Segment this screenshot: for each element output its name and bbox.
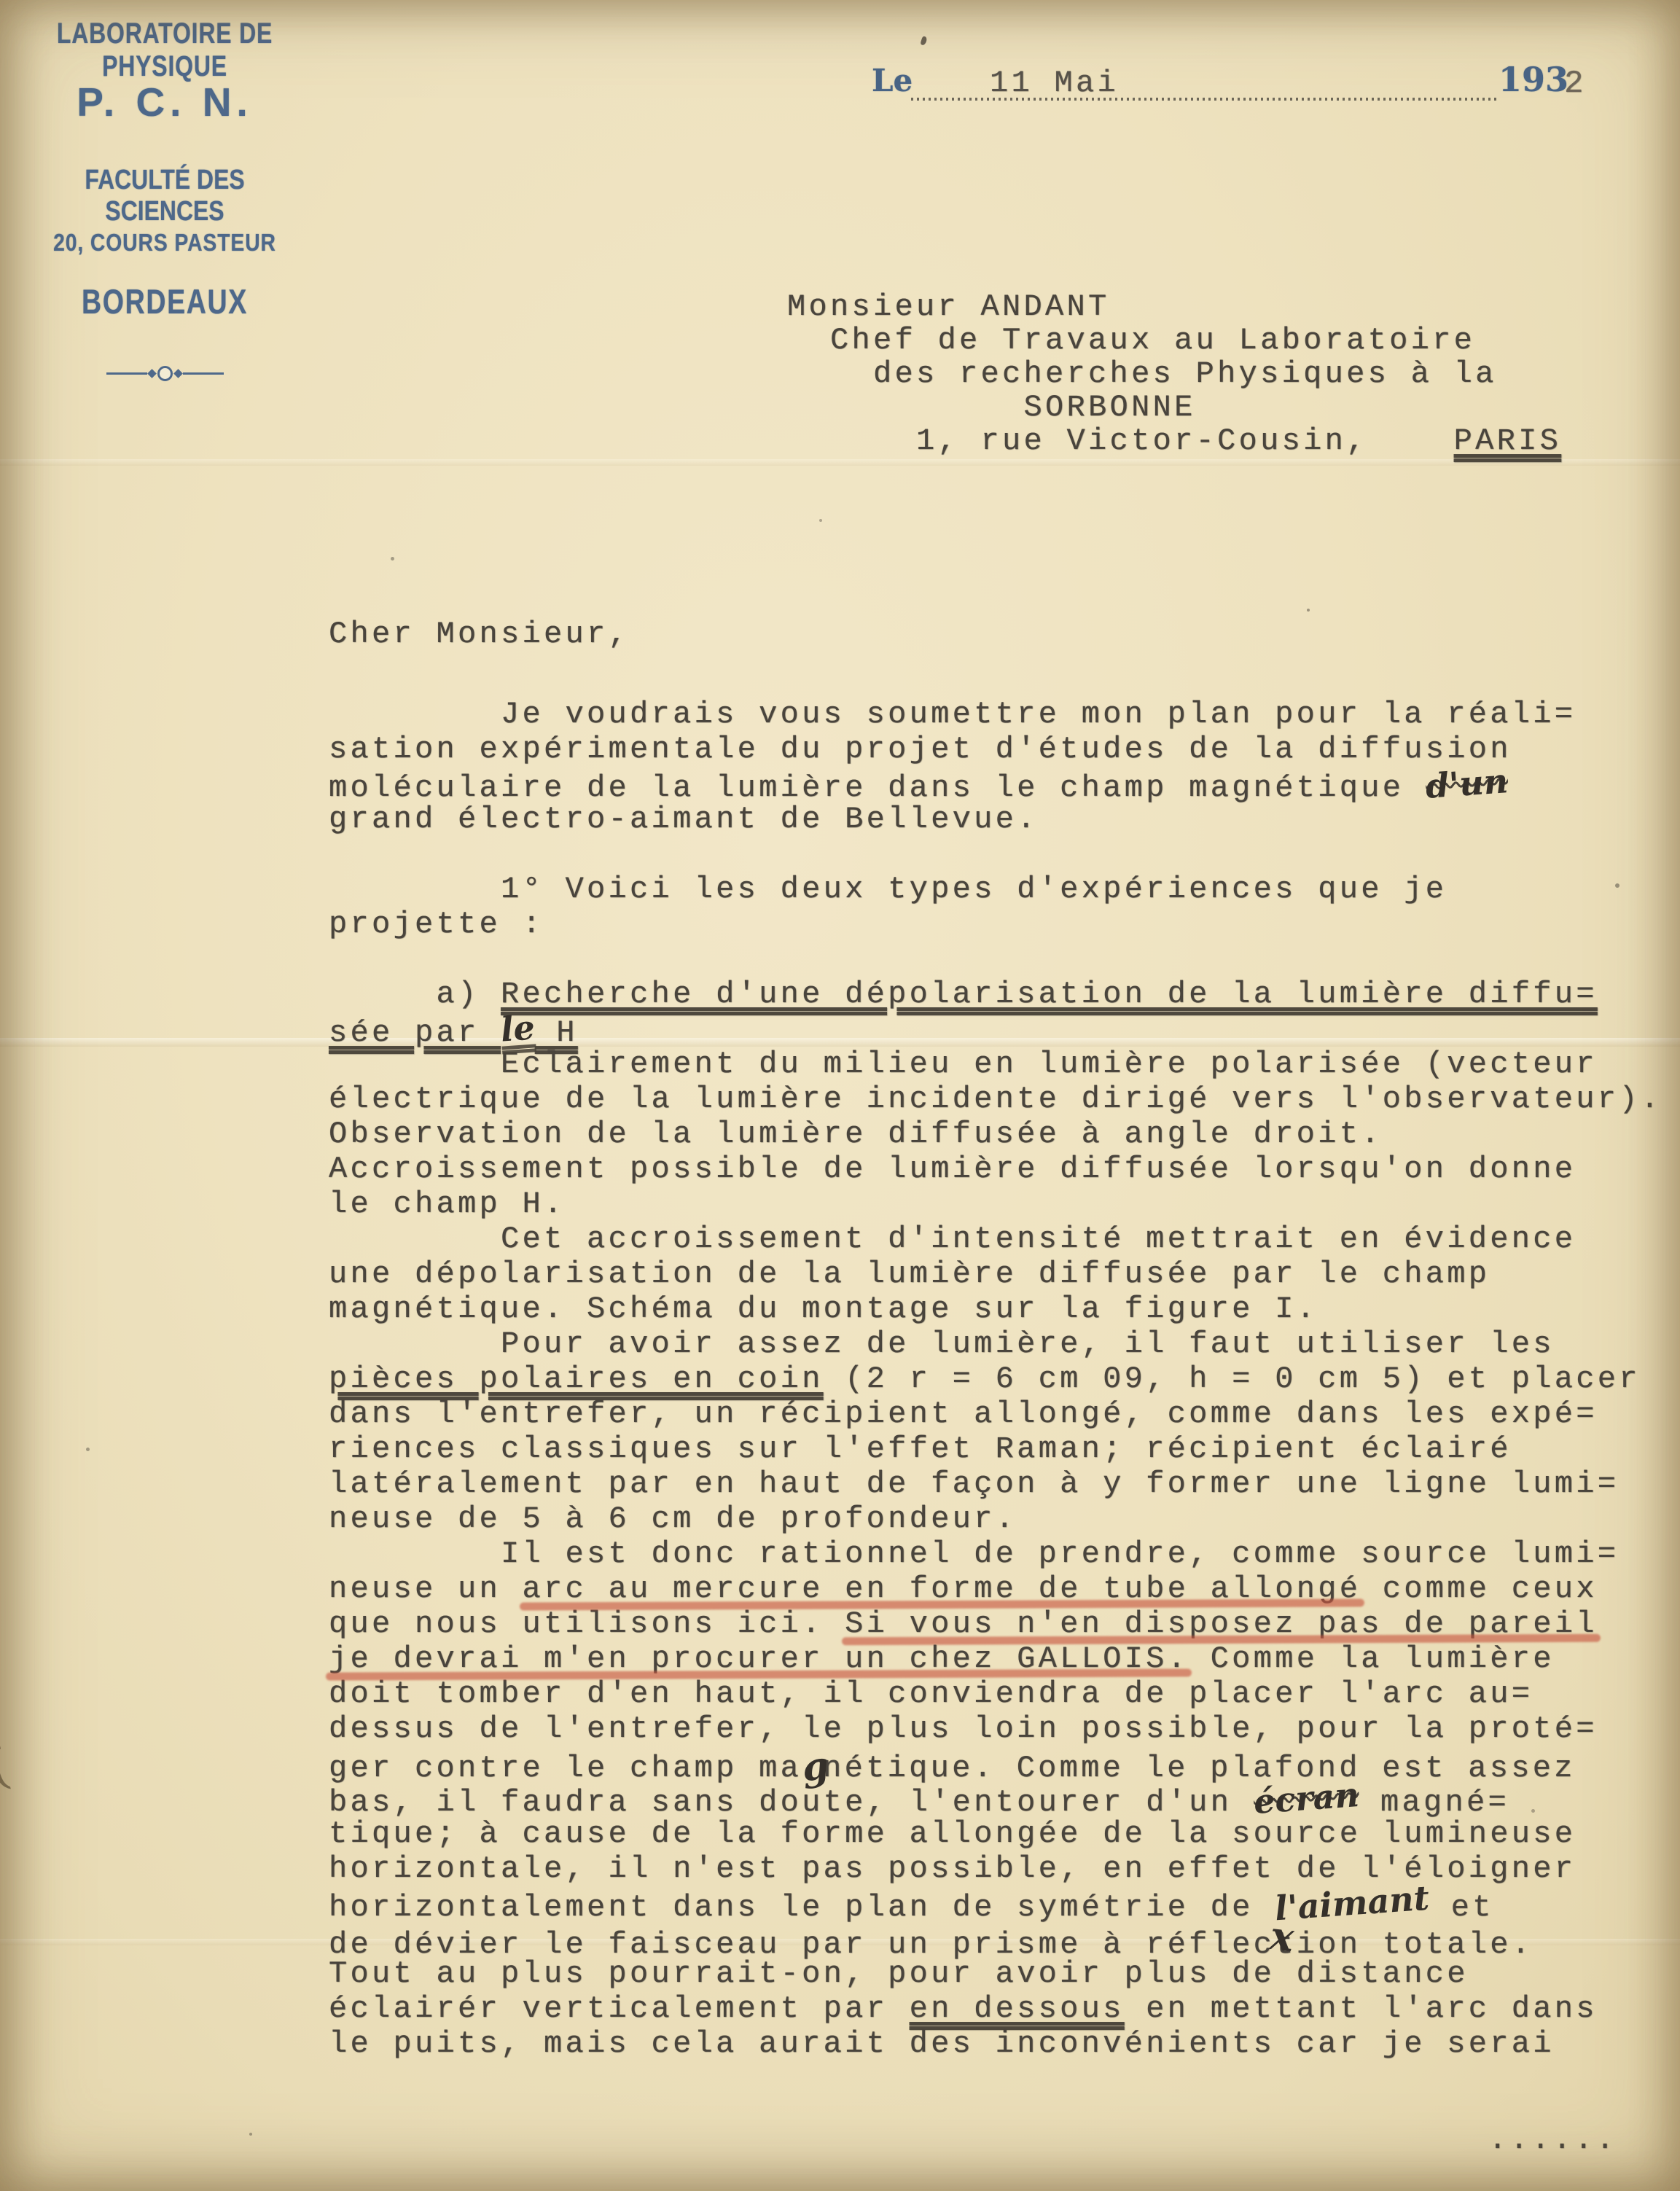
date-typed-year-digit: 2 (1564, 66, 1587, 102)
typed-line: neuse de 5 à 6 cm de profondeur. (329, 1501, 1662, 1536)
text-run: Chef de Travaux au Laboratoire (787, 323, 1475, 358)
typed-line: Accroissement possible de lumière diffus… (329, 1152, 1662, 1187)
typed-line: 1° Voici les deux types d'expériences qu… (329, 872, 1662, 907)
text-run: magnétique. Schéma du montage sur la fig… (329, 1292, 1318, 1327)
typed-line: je devrai m'en procurer un chez GALLOIS.… (329, 1641, 1662, 1676)
text-run: PARIS (1454, 423, 1562, 458)
text-run: pièces polaires en coin (329, 1362, 824, 1397)
paper-speck (86, 1448, 90, 1451)
typed-line: a) Recherche d'une dépolarisation de la … (329, 977, 1662, 1012)
text-run: le champ H. (329, 1187, 566, 1222)
typed-line: ger contre le champ magnétique. Comme le… (329, 1746, 1662, 1781)
text-run: a) (329, 977, 501, 1012)
typed-line: le champ H. (329, 1187, 1662, 1222)
date-typed-value: 11 Mai (990, 66, 1119, 101)
typed-line: Chef de Travaux au Laboratoire (787, 324, 1561, 357)
flourish-diamond (147, 369, 157, 378)
text-run: Tout au plus pourrait-on, pour avoir plu… (329, 1956, 1469, 1991)
text-run: projette : (329, 907, 544, 942)
text-run: horizontalement dans le plan de symétrie… (329, 1890, 1275, 1925)
flourish-diamond (173, 369, 183, 378)
margin-pen-mark: ( (0, 1738, 15, 1797)
typed-line: des recherches Physiques à la (787, 357, 1561, 391)
typed-line: pièces polaires en coin (2 r = 6 cm 09, … (329, 1362, 1662, 1397)
flourish-line (183, 372, 224, 375)
handwritten-correction: l'aimant (1274, 1880, 1431, 1926)
typed-line: de dévier le faisceau par un prisme à ré… (329, 1921, 1662, 1956)
text-run: 1° Voici les deux types d'expériences qu… (329, 872, 1447, 907)
handwritten-correction: le (499, 1009, 536, 1047)
letterhead-pcn: P. C. N. (0, 79, 329, 125)
flourish-line (106, 372, 147, 375)
text-run: Je voudrais vous soumettre mon plan pour… (329, 697, 1576, 732)
text-run: grand électro-aimant de Bellevue. (329, 802, 1039, 837)
text-run: tique; à cause de la forme allongée de l… (329, 1816, 1576, 1851)
text-run: latéralement par en haut de façon à y fo… (329, 1466, 1619, 1501)
text-run: Recherche d'une dépolarisation de la lum… (501, 977, 1598, 1012)
text-run: une dépolarisation de la lumière diffusé… (329, 1257, 1490, 1292)
text-run: neuse de 5 à 6 cm de profondeur. (329, 1501, 1017, 1536)
typed-line: latéralement par en haut de façon à y fo… (329, 1466, 1662, 1501)
typed-line: éclairér verticalement par en dessous en… (329, 1991, 1662, 2026)
letterhead-flourish-ornament (0, 366, 329, 381)
text-run: Observation de la lumière diffusée à ang… (329, 1117, 1383, 1152)
flourish-ring (157, 366, 173, 381)
typed-line: projette : (329, 907, 1662, 942)
letterhead-city: BORDEAUX (33, 281, 297, 321)
text-run: moléculaire de la lumière dans le champ … (329, 770, 1426, 805)
typed-line: moléculaire de la lumière dans le champ … (329, 767, 1662, 802)
typed-line: magnétique. Schéma du montage sur la fig… (329, 1292, 1662, 1327)
text-run: arc au mercure en forme de tube allongé (523, 1571, 1361, 1606)
typed-line: électrique de la lumière incidente dirig… (329, 1082, 1662, 1117)
typed-line: grand électro-aimant de Bellevue. (329, 802, 1662, 837)
paper-crease (0, 459, 1680, 466)
handwritten-correction: g (800, 1749, 826, 1786)
text-run: nétique. Comme le plafond est assez (823, 1751, 1576, 1786)
typed-line: sée par le H (329, 1012, 1662, 1047)
text-run: neuse un (329, 1571, 523, 1606)
text-run: Pour avoir assez de lumière, il faut uti… (329, 1327, 1555, 1362)
typed-line: horizontale, il n'est pas possible, en e… (329, 1851, 1662, 1886)
text-run: 1, rue Victor-Cousin, (787, 423, 1454, 458)
continuation-dots: ...... (1488, 2122, 1617, 2157)
date-prefix-printed: Le (872, 63, 913, 98)
letterhead-address: 20, COURS PASTEUR (23, 229, 307, 257)
typed-line: Observation de la lumière diffusée à ang… (329, 1117, 1662, 1152)
recipient-block: Monsieur ANDANT Chef de Travaux au Labor… (787, 290, 1561, 458)
text-run: doit tomber d'en haut, il conviendra de … (329, 1676, 1533, 1711)
letterhead-lab-name: LABORATOIRE DE PHYSIQUE (33, 17, 297, 83)
typed-line: bas, il faudra sans doute, l'entourer d'… (329, 1781, 1662, 1816)
typed-line: horizontalement dans le plan de symétrie… (329, 1886, 1662, 1921)
typed-line: Il est donc rationnel de prendre, comme … (329, 1536, 1662, 1571)
text-run: ger contre le champ ma (329, 1751, 802, 1786)
typed-line: le puits, mais cela aurait des inconvéni… (329, 2026, 1662, 2061)
text-run: H (535, 1015, 578, 1050)
text-run: Cet accroissement d'intensité mettrait e… (329, 1222, 1576, 1257)
text-run: en dessous (910, 1991, 1125, 2026)
text-run: électrique de la lumière incidente dirig… (329, 1082, 1662, 1117)
typed-line: Monsieur ANDANT (787, 290, 1561, 324)
text-run: comme ceux (1361, 1571, 1598, 1606)
paper-speck (249, 2133, 252, 2136)
text-run: et (1429, 1890, 1494, 1925)
text-run: riences classiques sur l'effet Raman; ré… (329, 1432, 1512, 1466)
text-run: dessus de l'entrefer, le plus loin possi… (329, 1711, 1598, 1746)
handwritten-correction: d'un (1424, 763, 1509, 804)
paper-speck (1307, 609, 1310, 612)
text-run: SORBONNE (787, 390, 1196, 425)
typed-line: dessus de l'entrefer, le plus loin possi… (329, 1711, 1662, 1746)
typed-line: Pour avoir assez de lumière, il faut uti… (329, 1327, 1662, 1362)
typed-line: Tout au plus pourrait-on, pour avoir plu… (329, 1956, 1662, 1991)
letterhead-faculty: FACULTÉ DES SCIENCES (26, 165, 303, 227)
paper-speck (819, 519, 822, 522)
typed-line: SORBONNE (787, 391, 1561, 424)
text-run: magné= (1359, 1785, 1509, 1820)
text-run: éclairér verticalement par (329, 1991, 910, 2026)
typed-line: Cet accroissement d'intensité mettrait e… (329, 1222, 1662, 1257)
typed-line: que nous utilisons ici. Si vous n'en dis… (329, 1606, 1662, 1641)
text-run: sée par (329, 1015, 501, 1050)
handwritten-correction: écran (1252, 1777, 1360, 1819)
typed-line: dans l'entrefer, un récipient allongé, c… (329, 1397, 1662, 1432)
date-printed-year: 193 (1499, 60, 1568, 99)
text-run: Il est donc rationnel de prendre, comme … (329, 1536, 1619, 1571)
scanned-letter-page: LABORATOIRE DE PHYSIQUE P. C. N. FACULTÉ… (0, 0, 1680, 2191)
letter-body: Je voudrais vous soumettre mon plan pour… (329, 697, 1662, 2061)
typed-line: doit tomber d'en haut, il conviendra de … (329, 1676, 1662, 1711)
text-run: Accroissement possible de lumière diffus… (329, 1152, 1576, 1187)
text-run: (2 r = 6 cm 09, h = 0 cm 5) et placer (824, 1362, 1641, 1397)
typed-line: Je voudrais vous soumettre mon plan pour… (329, 697, 1662, 732)
text-run: que nous utilisons ici. (329, 1606, 845, 1641)
text-run: dans l'entrefer, un récipient allongé, c… (329, 1397, 1598, 1432)
typed-line: tique; à cause de la forme allongée de l… (329, 1816, 1662, 1851)
typed-line: Eclairement du milieu en lumière polaris… (329, 1047, 1662, 1082)
typed-line: riences classiques sur l'effet Raman; ré… (329, 1432, 1662, 1466)
typed-line (329, 837, 1662, 872)
typed-line: neuse un arc au mercure en forme de tube… (329, 1571, 1662, 1606)
typed-line: une dépolarisation de la lumière diffusé… (329, 1257, 1662, 1292)
text-run: Comme la lumière (1189, 1641, 1555, 1676)
typed-line: sation expérimentale du projet d'études … (329, 732, 1662, 767)
text-run: en mettant l'arc dans (1125, 1991, 1598, 2026)
paper-speck (391, 557, 394, 561)
text-run: Eclairement du milieu en lumière polaris… (329, 1047, 1598, 1082)
text-run: je devrai m'en procurer un chez GALLOIS. (329, 1641, 1189, 1676)
typed-line: 1, rue Victor-Cousin, PARIS (787, 424, 1561, 458)
text-run: le puits, mais cela aurait des inconvéni… (329, 2026, 1555, 2061)
text-run: Si vous n'en disposez pas de pareil (845, 1606, 1598, 1641)
salutation: Cher Monsieur, (329, 617, 630, 652)
text-run: sation expérimentale du projet d'études … (329, 732, 1512, 767)
text-run: des recherches Physiques à la (787, 356, 1497, 391)
text-run: Monsieur ANDANT (787, 289, 1110, 324)
paper-speck (920, 36, 927, 46)
typed-line (329, 942, 1662, 977)
text-run: bas, il faudra sans doute, l'entourer d'… (329, 1785, 1254, 1820)
